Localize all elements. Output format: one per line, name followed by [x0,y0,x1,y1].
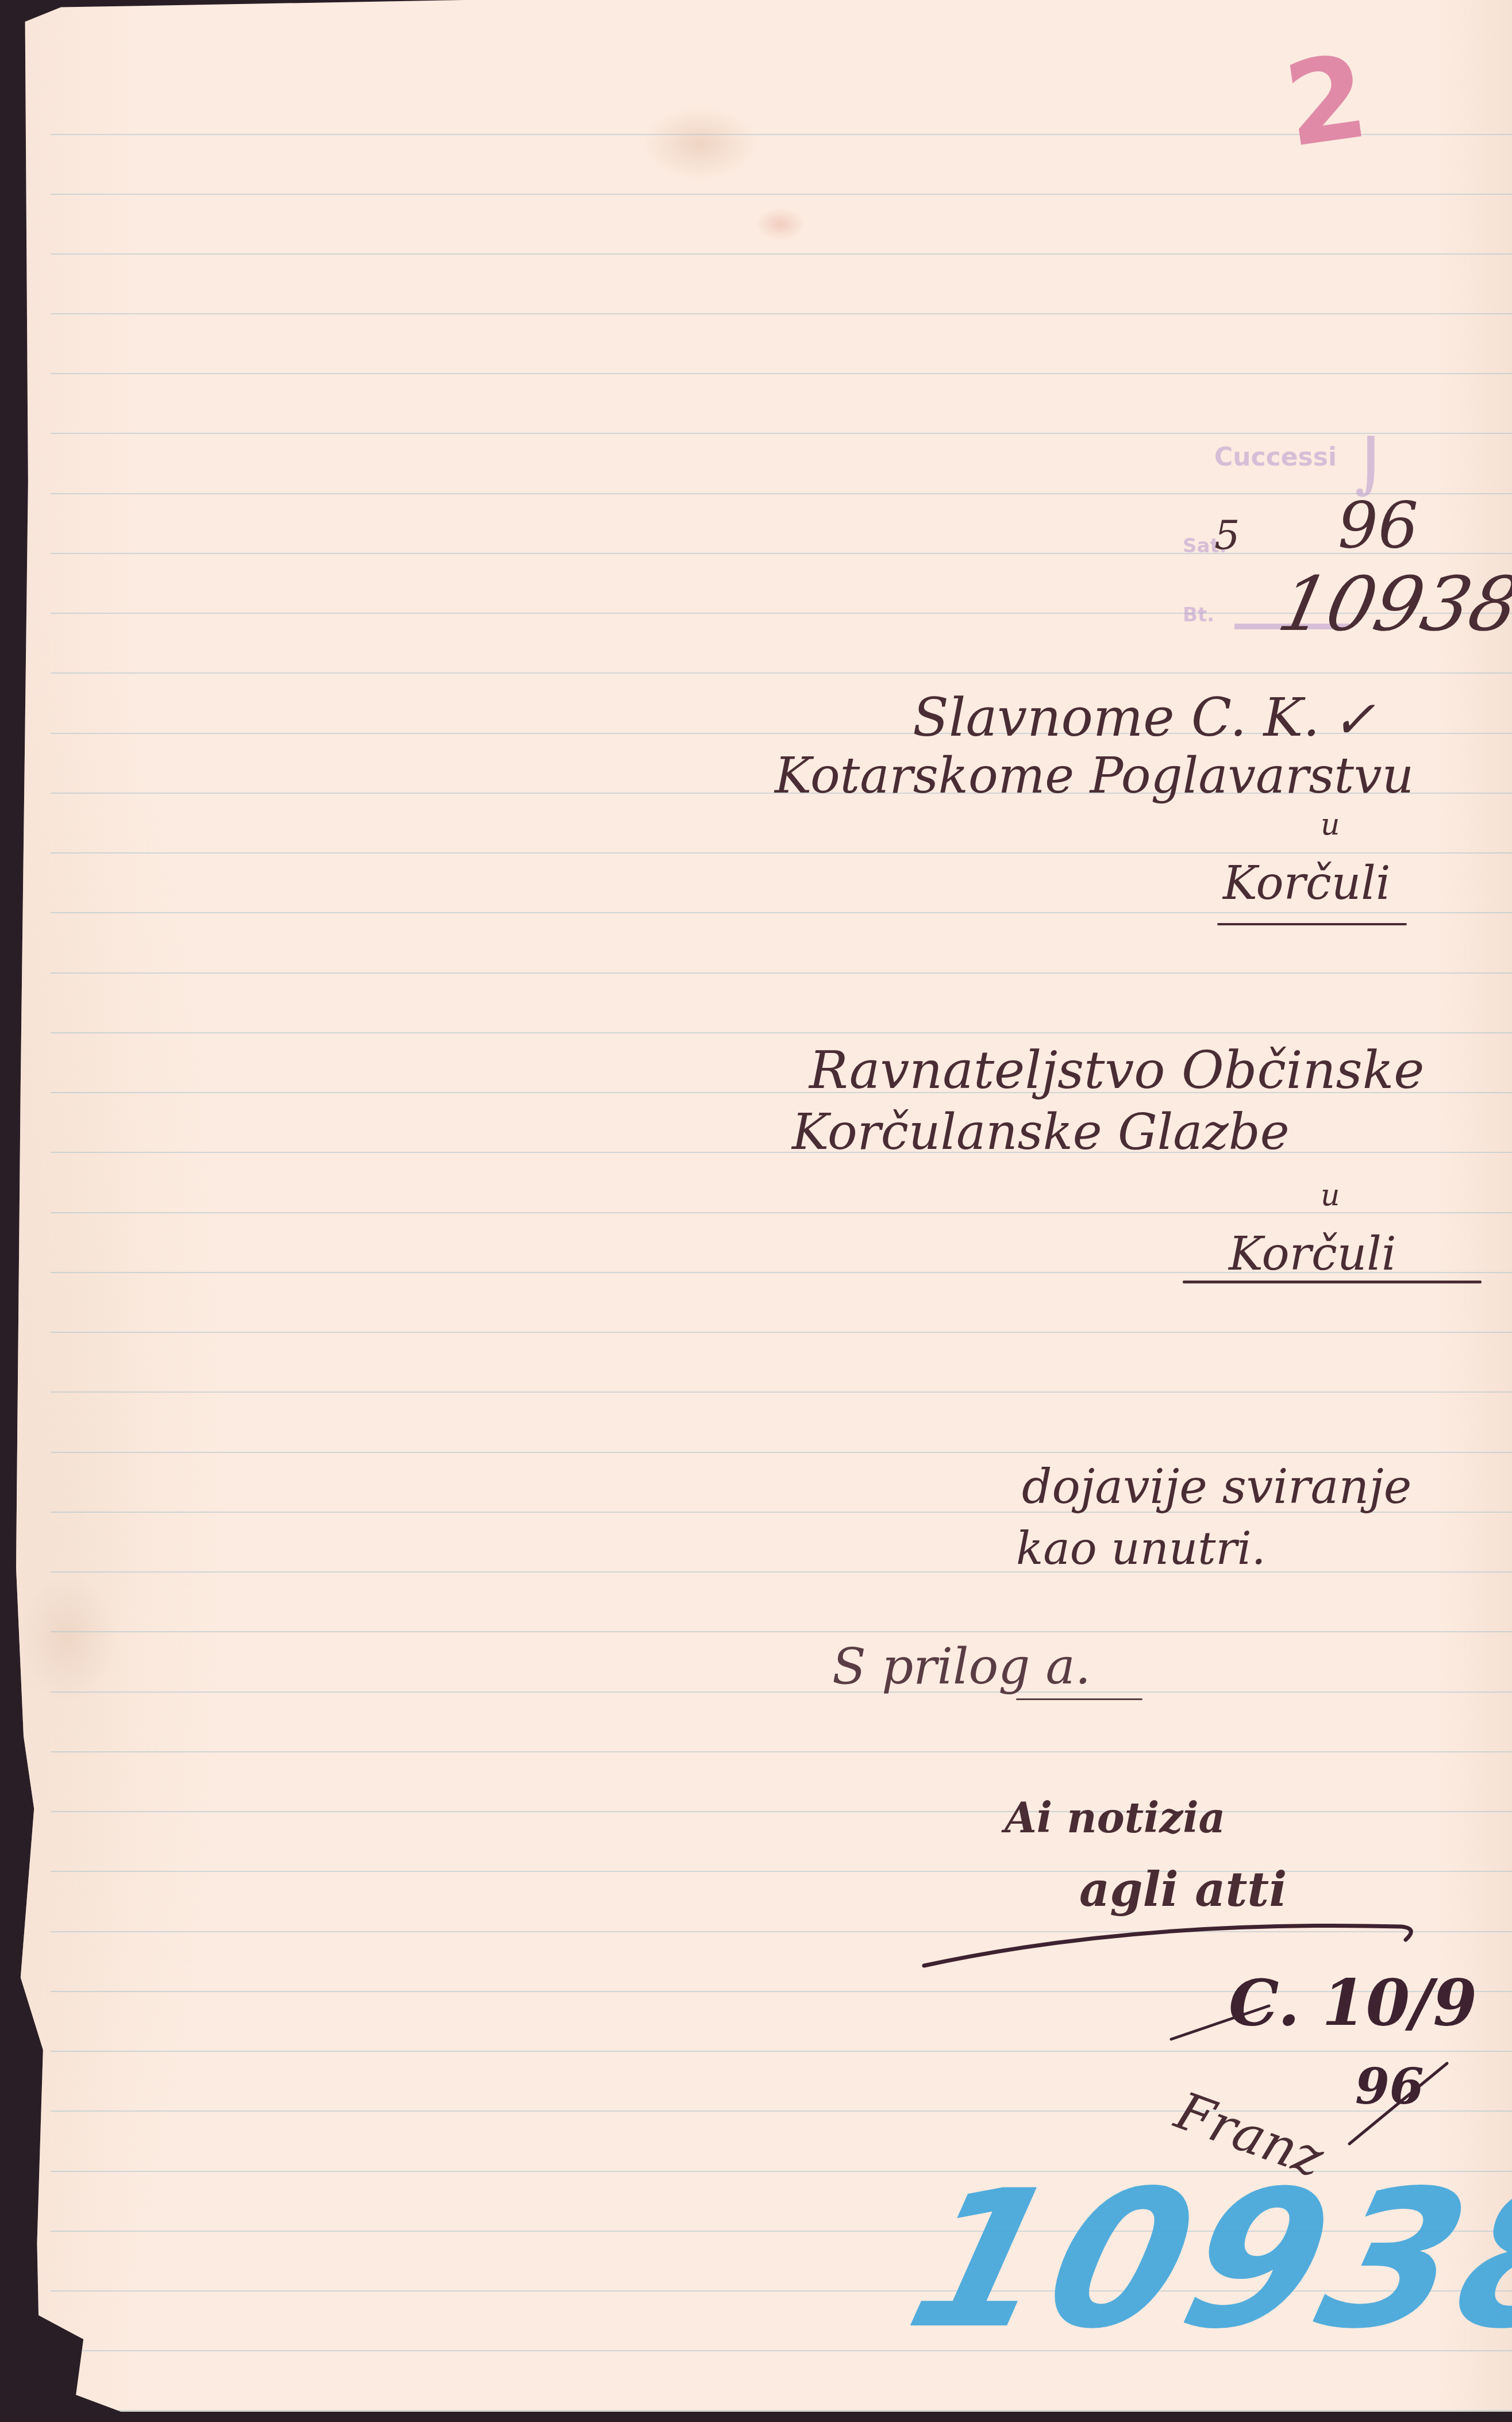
resolution-year: 96 [1355,2058,1424,2116]
protocol-number-blue: 10938 [891,2150,1512,2370]
resolution-initial-date: C. 10/9 [1229,1966,1477,2040]
resolution-flourish-line [16,0,1512,2422]
handwritten-letter-page: 2 Cuccessi ⌡ Sat. Bt. 5 96 10938 ✓ Slavn… [16,0,1512,2412]
